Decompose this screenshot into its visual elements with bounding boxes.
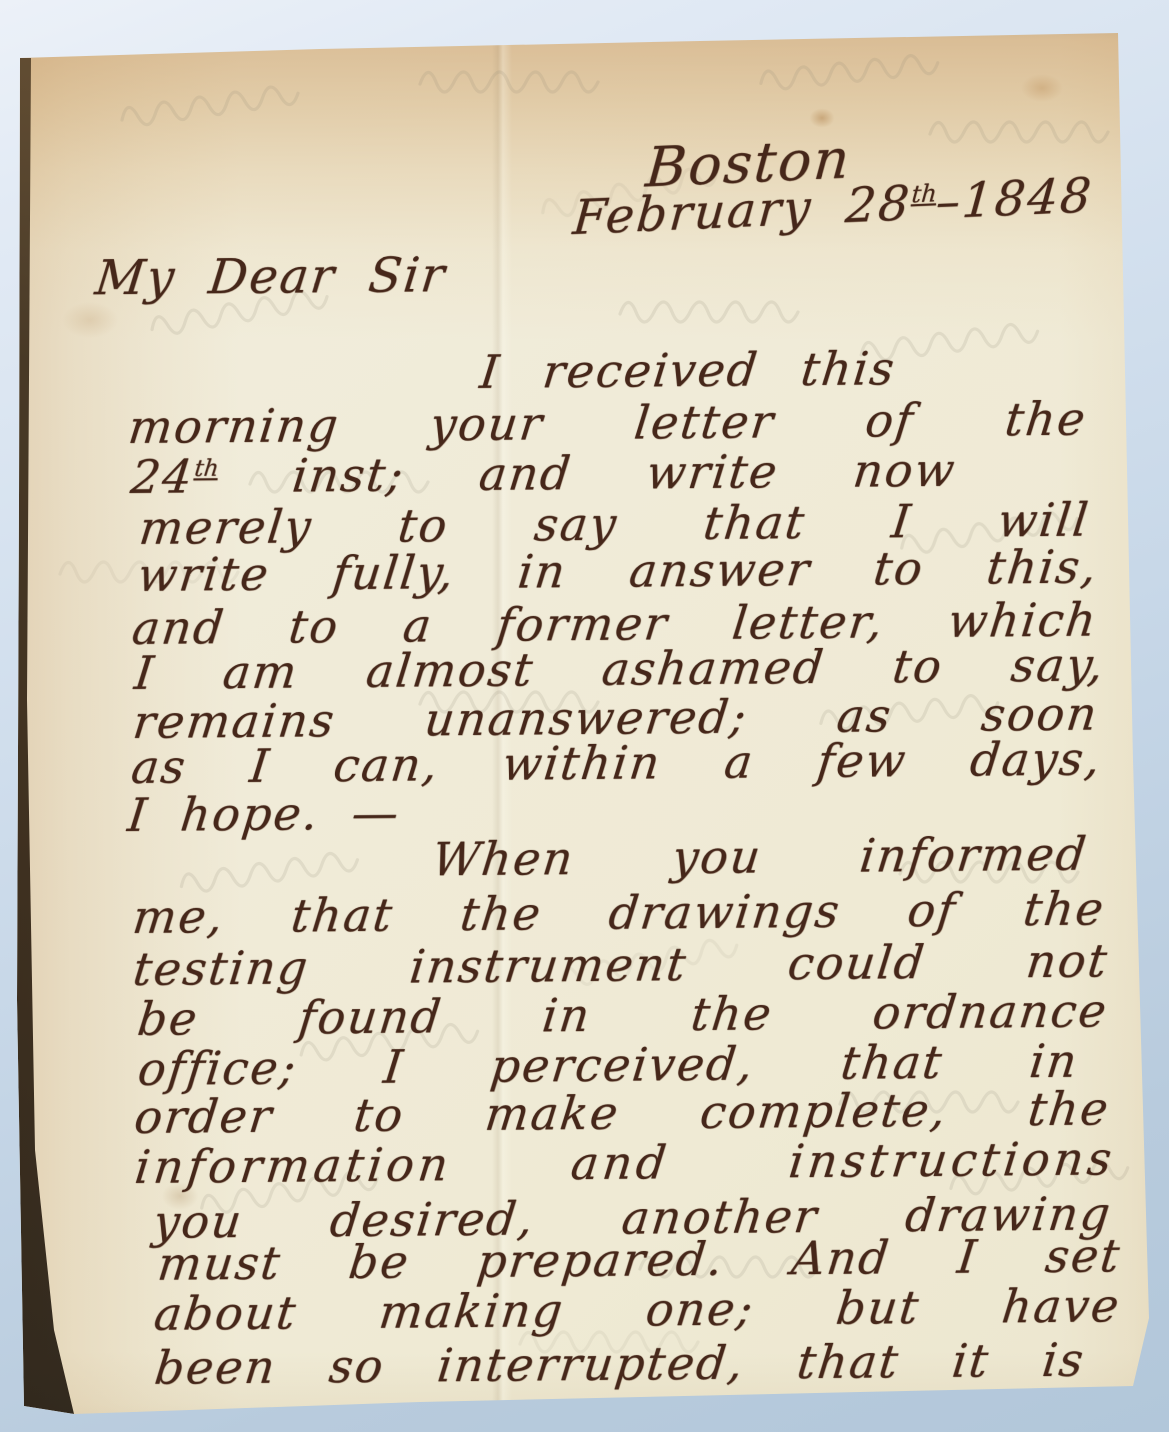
letter-line: been so interrupted, that it is	[152, 1333, 1088, 1395]
letter-line: write fully, in answer to this,	[135, 539, 1101, 601]
letter-line-ordinal: th	[193, 456, 220, 482]
letter-line: about making one; but have	[151, 1278, 1123, 1340]
heading-date-ordinal: th	[911, 179, 938, 208]
letter-paper: Boston February 28th–1848 My Dear Sir I …	[0, 0, 1169, 1432]
letter-text: Boston February 28th–1848 My Dear Sir I …	[0, 0, 1169, 1432]
heading-date-day: February 28	[571, 175, 913, 246]
letter-line: I received this	[477, 341, 899, 399]
letter-line: information and instructions	[132, 1131, 1118, 1194]
heading-date-year: –1848	[934, 167, 1095, 230]
letter-line: I hope. —	[125, 786, 403, 842]
salutation: My Dear Sir	[92, 247, 449, 306]
letter-line: as I can, within a few days,	[129, 731, 1105, 794]
letter-line: When you informed	[429, 827, 1090, 887]
scanned-letter-photo: Boston February 28th–1848 My Dear Sir I …	[0, 0, 1169, 1432]
letter-line-number: 24	[128, 449, 197, 504]
